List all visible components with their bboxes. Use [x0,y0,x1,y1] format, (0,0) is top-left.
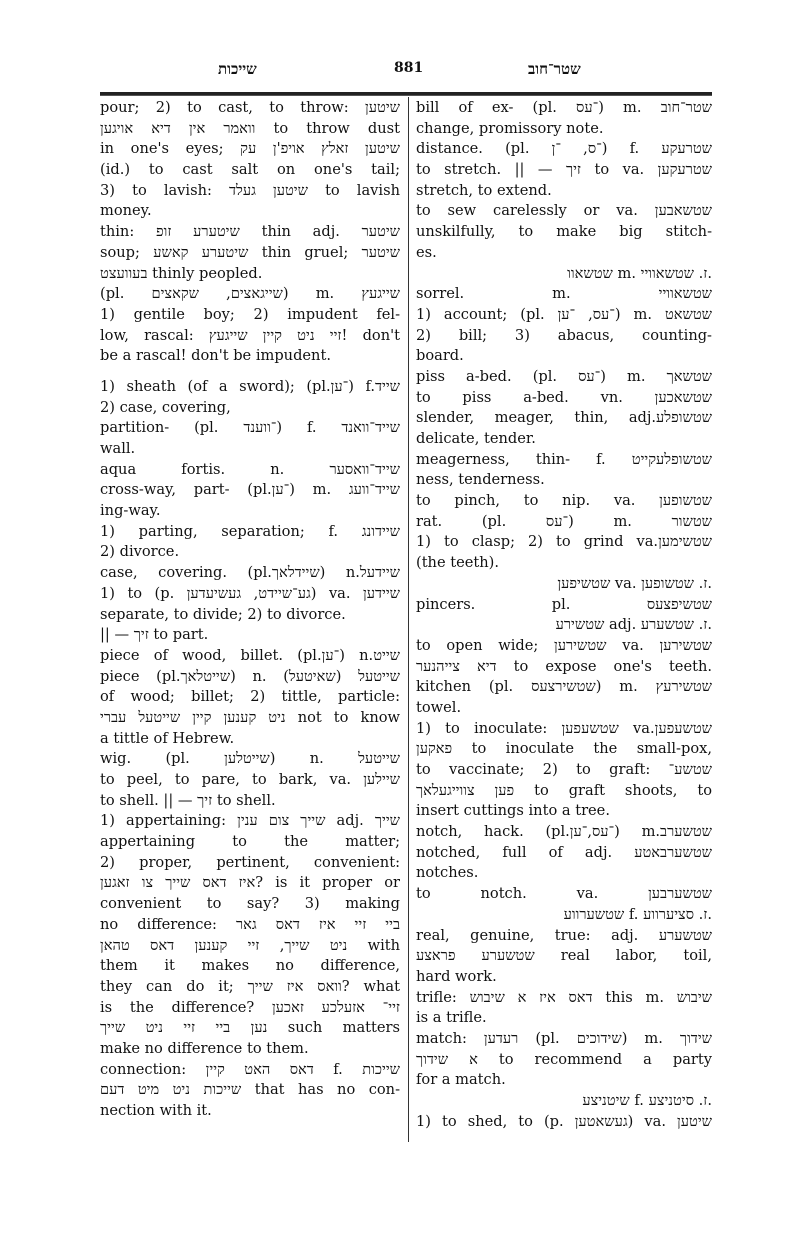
dictionary-line: notch, hack. (pl.־עס,־ען) m.שטשערב [416,822,712,843]
dictionary-line: (the teeth). [416,553,712,574]
dictionary-line: שיטניצע f. ז. סיטניצע. [416,1091,712,1112]
dictionary-line: ניט קענען קיין שייטעל עברי not to know [100,708,400,729]
page-header: שייכות 881 שטר־חוב [100,60,712,84]
dictionary-line: to stretch. || — זיך to va. שטרעקען [416,160,712,181]
dictionary-line: nection with it. [100,1101,400,1122]
dictionary-line: piss a-bed. (pl. ־עס) m. שטשאך [416,367,712,388]
dictionary-line: ניט שייך, זיי קענען דאס טהאן with [100,936,400,957]
dictionary-line: distance. (pl. ־ס, ־ן) f. שטרעקע [416,139,712,160]
dictionary-line: וואמר אין דיא אויגען to throw dust [100,119,400,140]
dictionary-line: 3) to lavish: שיטען געלד to lavish [100,181,400,202]
dictionary-line: פען צווייגעלאך to graft shoots, to [416,781,712,802]
dictionary-line: piece of wood, billet. (pl.־ען) n.שייט [100,646,400,667]
dictionary-line: partition- (pl. ־ווענד) f. שייד־וואנד [100,418,400,439]
dictionary-line: change, promissory note. [416,119,712,140]
right-guide-word: שטר־חוב [528,60,581,79]
dictionary-line: שטשערע פראצע real labor, toil, [416,946,712,967]
dictionary-line: is a trifle. [416,1008,712,1029]
dictionary-line: delicate, tender. [416,429,712,450]
dictionary-line: convenient to say? 3) making [100,894,400,915]
dictionary-line: 1) account; (pl. ־עס, ־ען) m. שטשאט [416,305,712,326]
dictionary-line: a tittle of Hebrew. [100,729,400,750]
dictionary-line: to peel, to pare, to bark, va. שיילען [100,770,400,791]
dictionary-line: bill of ex- (pl. ־עס) m. שטר־חוב [416,98,712,119]
dictionary-line: wig. (pl. שייטלען) n. שייטעל [100,749,400,770]
dictionary-line: separate, to divide; 2) to divorce. [100,605,400,626]
dictionary-line: low, rascal: זיי ניט קיין שייגעץ! don't [100,326,400,347]
dictionary-line: appertaining to the matter; [100,832,400,853]
dictionary-line: kitchen (pl. שטשירצעס) m. שטשירעץ [416,677,712,698]
dictionary-line: ness, tenderness. [416,470,712,491]
dictionary-line: to pinch, to nip. va. שטשופען [416,491,712,512]
dictionary-line: rat. (pl. ־עס) m. שטשור [416,512,712,533]
dictionary-line: stretch, to extend. [416,181,712,202]
dictionary-line: is the difference? זיי־ אזעלכע זאכען [100,998,400,1019]
column-divider [408,97,409,1142]
dictionary-line: notched, full of adj. שטשערבאטע [416,843,712,864]
dictionary-line: שטשירע adj. ז. שטשערע. [416,615,712,636]
dictionary-line: 1) sheath (of a sword); (pl.־ען) f.שייד [100,377,400,398]
dictionary-line: towel. [416,698,712,719]
dictionary-line: be a rascal! don't be impudent. [100,346,400,367]
dictionary-line: cross-way, part- (pl.־ען) m. שייד־וועג [100,480,400,501]
dictionary-line: to notch. va. שטשערבען [416,884,712,905]
dictionary-line: slender, meager, thin, adj.שטשופלע [416,408,712,429]
dictionary-line: 2) proper, pertinent, convenient: [100,853,400,874]
page-number: 881 [394,60,423,76]
right-column: bill of ex- (pl. ־עס) m. שטר־חובchange, … [416,98,712,1132]
dictionary-line: נען ביי זיי ניט שייך such matters [100,1018,400,1039]
dictionary-line: notches. [416,863,712,884]
dictionary-line: they can do it; וואס איז שייך? what [100,977,400,998]
dictionary-line: of wood; billet; 2) tittle, particle: [100,687,400,708]
dictionary-line: money. [100,201,400,222]
dictionary-line: to sew carelessly or va. שטשאבען [416,201,712,222]
dictionary-line: soup; שיטערע קאשע thin gruel; שיטער [100,243,400,264]
dictionary-line: שטשערווע f. ז. סציערווע. [416,905,712,926]
dictionary-line: sorrel. m. שטשאוויי [416,284,712,305]
dictionary-line: 2) divorce. [100,542,400,563]
dictionary-line: 1) appertaining: שייך צום ענין adj. שייך [100,811,400,832]
dictionary-line: בעוועצט thinly peopled. [100,264,400,285]
dictionary-line: hard work. [416,967,712,988]
dictionary-line: 2) bill; 3) abacus, counting- [416,326,712,347]
dictionary-line: ing-way. [100,501,400,522]
dictionary-line: 1) to (p. גע־שיידט, געשיעדען) va. שיידען [100,584,400,605]
dictionary-line: trifle: דאס איז א שיבוש this m. שיבוש [416,988,712,1009]
dictionary-line: 1) to clasp; 2) to grind va.שטשימען [416,532,712,553]
dictionary-line: 2) case, covering, [100,398,400,419]
dictionary-line: piece (pl.שייטלאך) n. (שאיטעל) שייטעל [100,667,400,688]
dictionary-line: case, covering. (pl.שיידלאך) n.שיידעל [100,563,400,584]
dictionary-line: board. [416,346,712,367]
dictionary-line: to shell. || — זיך to shell. [100,791,400,812]
dictionary-line: || — זיך to part. [100,625,400,646]
dictionary-line: unskilfully, to make big stitch- [416,222,712,243]
dictionary-line: 1) gentile boy; 2) impudent fel- [100,305,400,326]
dictionary-line: for a match. [416,1070,712,1091]
dictionary-line: to piss a-bed. vn. שטשאכען [416,388,712,409]
dictionary-line: insert cuttings into a tree. [416,801,712,822]
dictionary-line: make no difference to them. [100,1039,400,1060]
dictionary-line: א שידוך to recommend a party [416,1050,712,1071]
header-rule [100,92,712,96]
dictionary-line: pour; 2) to cast, to throw: שיטען [100,98,400,119]
dictionary-line: to open wide; שטשירען va. שטשירען [416,636,712,657]
dictionary-line: real, genuine, true: adj. שטשערע [416,926,712,947]
dictionary-line: (id.) to cast salt on one's tail; [100,160,400,181]
dictionary-line: wall. [100,439,400,460]
dictionary-line [100,367,400,377]
dictionary-line: no difference: ביי זיי איז דאס גאר [100,915,400,936]
dictionary-line: שטשיפען va. ז. שטשופען. [416,574,712,595]
dictionary-line: 1) to inoculate: שטשעפען va.שטשעפען [416,719,712,740]
dictionary-line: פאקען to inoculate the small-pox, [416,739,712,760]
dictionary-line: thin: שיטערע זופ thin adj. שיטער [100,222,400,243]
dictionary-line: in one's eyes; שיטען זאלץ אויפ'ן עק [100,139,400,160]
left-column: pour; 2) to cast, to throw: שיטעןוואמר א… [100,98,400,1122]
dictionary-line: 1) parting, separation; f. שיידונג [100,522,400,543]
left-guide-word: שייכות [218,60,257,79]
dictionary-line: דיא צייהנער to expose one's teeth. [416,657,712,678]
dictionary-line: איז דאס שייך צו זאגען? is it proper or [100,873,400,894]
dictionary-line: 1) to shed, to (p. געשאטען) va. שיטען [416,1112,712,1133]
dictionary-line: match: רעדען (pl. שידוכים) m. שידוך [416,1029,712,1050]
dictionary-line: meagerness, thin- f. שטשופלעקייט [416,450,712,471]
dictionary-line: aqua fortis. n. שייד־וואסער [100,460,400,481]
dictionary-line: שייכות ניט מיט דעם that has no con- [100,1080,400,1101]
dictionary-line: es. [416,243,712,264]
dictionary-line: them it makes no difference, [100,956,400,977]
dictionary-line: שטשאוו m. ז. שטשאוויי. [416,264,712,285]
dictionary-line: (pl. שייגאצים, שקאצים) m. שייגעץ [100,284,400,305]
dictionary-line: pincers. pl. שטשיפצעס [416,595,712,616]
dictionary-line: to vaccinate; 2) to graft: שטשע־ [416,760,712,781]
dictionary-line: connection: דאס האט קיין f. שייכות [100,1060,400,1081]
